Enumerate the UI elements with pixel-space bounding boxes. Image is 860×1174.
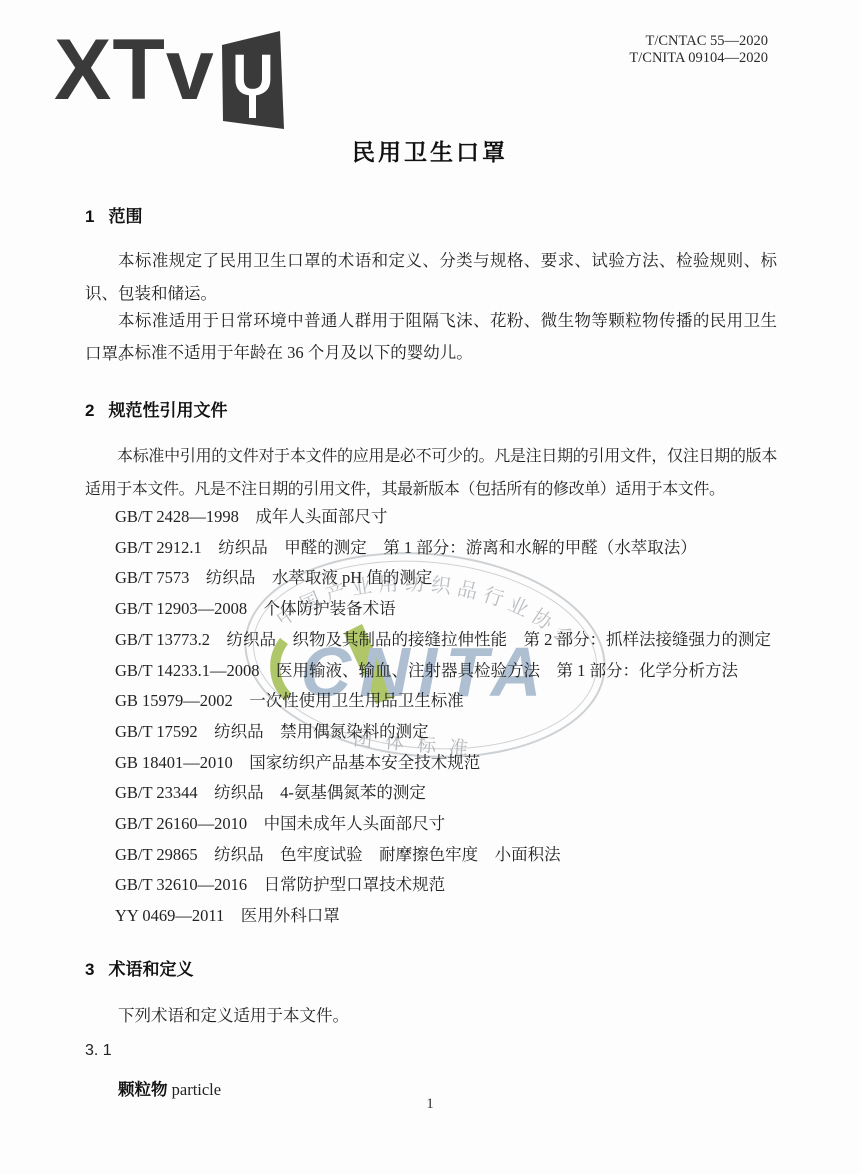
xtvu-logo: XTv U xyxy=(54,24,286,132)
clause-number: 3. 1 xyxy=(85,1042,112,1060)
section-number: 1 xyxy=(85,207,94,227)
reference-list: GB/T 2428—1998 成年人头面部尺寸 GB/T 2912.1 纺织品 … xyxy=(85,502,777,932)
standard-code-line-1: T/CNTAC 55—2020 xyxy=(629,33,768,50)
section-title: 规范性引用文件 xyxy=(108,401,227,420)
reference-item: GB/T 2912.1 纺织品 甲醛的测定 第 1 部分：游离和水解的甲醛（水萃… xyxy=(115,533,777,564)
references-intro: 本标准中引用的文件对于本文件的应用是必不可少的。凡是注日期的引用文件，仅注日期的… xyxy=(85,440,777,506)
section-title: 术语和定义 xyxy=(108,960,193,979)
reference-item: GB/T 32610—2016 日常防护型口罩技术规范 xyxy=(115,870,777,901)
standard-codes: T/CNTAC 55—2020 T/CNITA 09104—2020 xyxy=(629,33,768,67)
reference-item: GB/T 23344 纺织品 4-氨基偶氮苯的测定 xyxy=(115,778,777,809)
terms-intro: 下列术语和定义适用于本文件。 xyxy=(85,999,777,1032)
reference-item: GB/T 17592 纺织品 禁用偶氮染料的测定 xyxy=(115,717,777,748)
reference-item: GB/T 12903—2008 个体防护装备术语 xyxy=(115,594,777,625)
reference-item: GB/T 2428—1998 成年人头面部尺寸 xyxy=(115,502,777,533)
logo-u-stem xyxy=(249,92,256,118)
reference-item: YY 0469—2011 医用外科口罩 xyxy=(115,901,777,932)
page-number: 1 xyxy=(0,1096,860,1113)
section-heading-references: 2规范性引用文件 xyxy=(85,396,775,421)
section-title: 范围 xyxy=(108,207,142,226)
section-heading-terms: 3术语和定义 xyxy=(85,955,775,980)
section-number: 2 xyxy=(85,401,94,421)
reference-item: GB/T 29865 纺织品 色牢度试验 耐摩擦色牢度 小面积法 xyxy=(115,840,777,871)
page-title: 民用卫生口罩 xyxy=(0,134,860,167)
section-heading-scope: 1范围 xyxy=(85,202,775,227)
logo-u-mark: U xyxy=(220,28,286,132)
logo-text: XTv xyxy=(54,24,215,116)
scope-paragraph-3: 本标准不适用于年龄在 36 个月及以下的婴幼儿。 xyxy=(85,336,777,369)
reference-item: GB/T 26160—2010 中国未成年人头面部尺寸 xyxy=(115,809,777,840)
reference-item: GB/T 7573 纺织品 水萃取液 pH 值的测定 xyxy=(115,563,777,594)
reference-item: GB 15979—2002 一次性使用卫生用品卫生标准 xyxy=(115,686,777,717)
scope-paragraph-1: 本标准规定了民用卫生口罩的术语和定义、分类与规格、要求、试验方法、检验规则、标识… xyxy=(85,244,777,310)
reference-item: GB/T 14233.1—2008 医用输液、输血、注射器具检验方法 第 1 部… xyxy=(115,656,777,687)
standard-code-line-2: T/CNITA 09104—2020 xyxy=(629,50,768,67)
section-number: 3 xyxy=(85,960,94,980)
document-page: 中国产业用纺织品行业协会 团体标准 CNITA XTv U T/CNTAC 55… xyxy=(0,0,860,1174)
reference-item: GB 18401—2010 国家纺织产品基本安全技术规范 xyxy=(115,748,777,779)
reference-item: GB/T 13773.2 纺织品 织物及其制品的接缝拉伸性能 第 2 部分：抓样… xyxy=(115,625,777,656)
